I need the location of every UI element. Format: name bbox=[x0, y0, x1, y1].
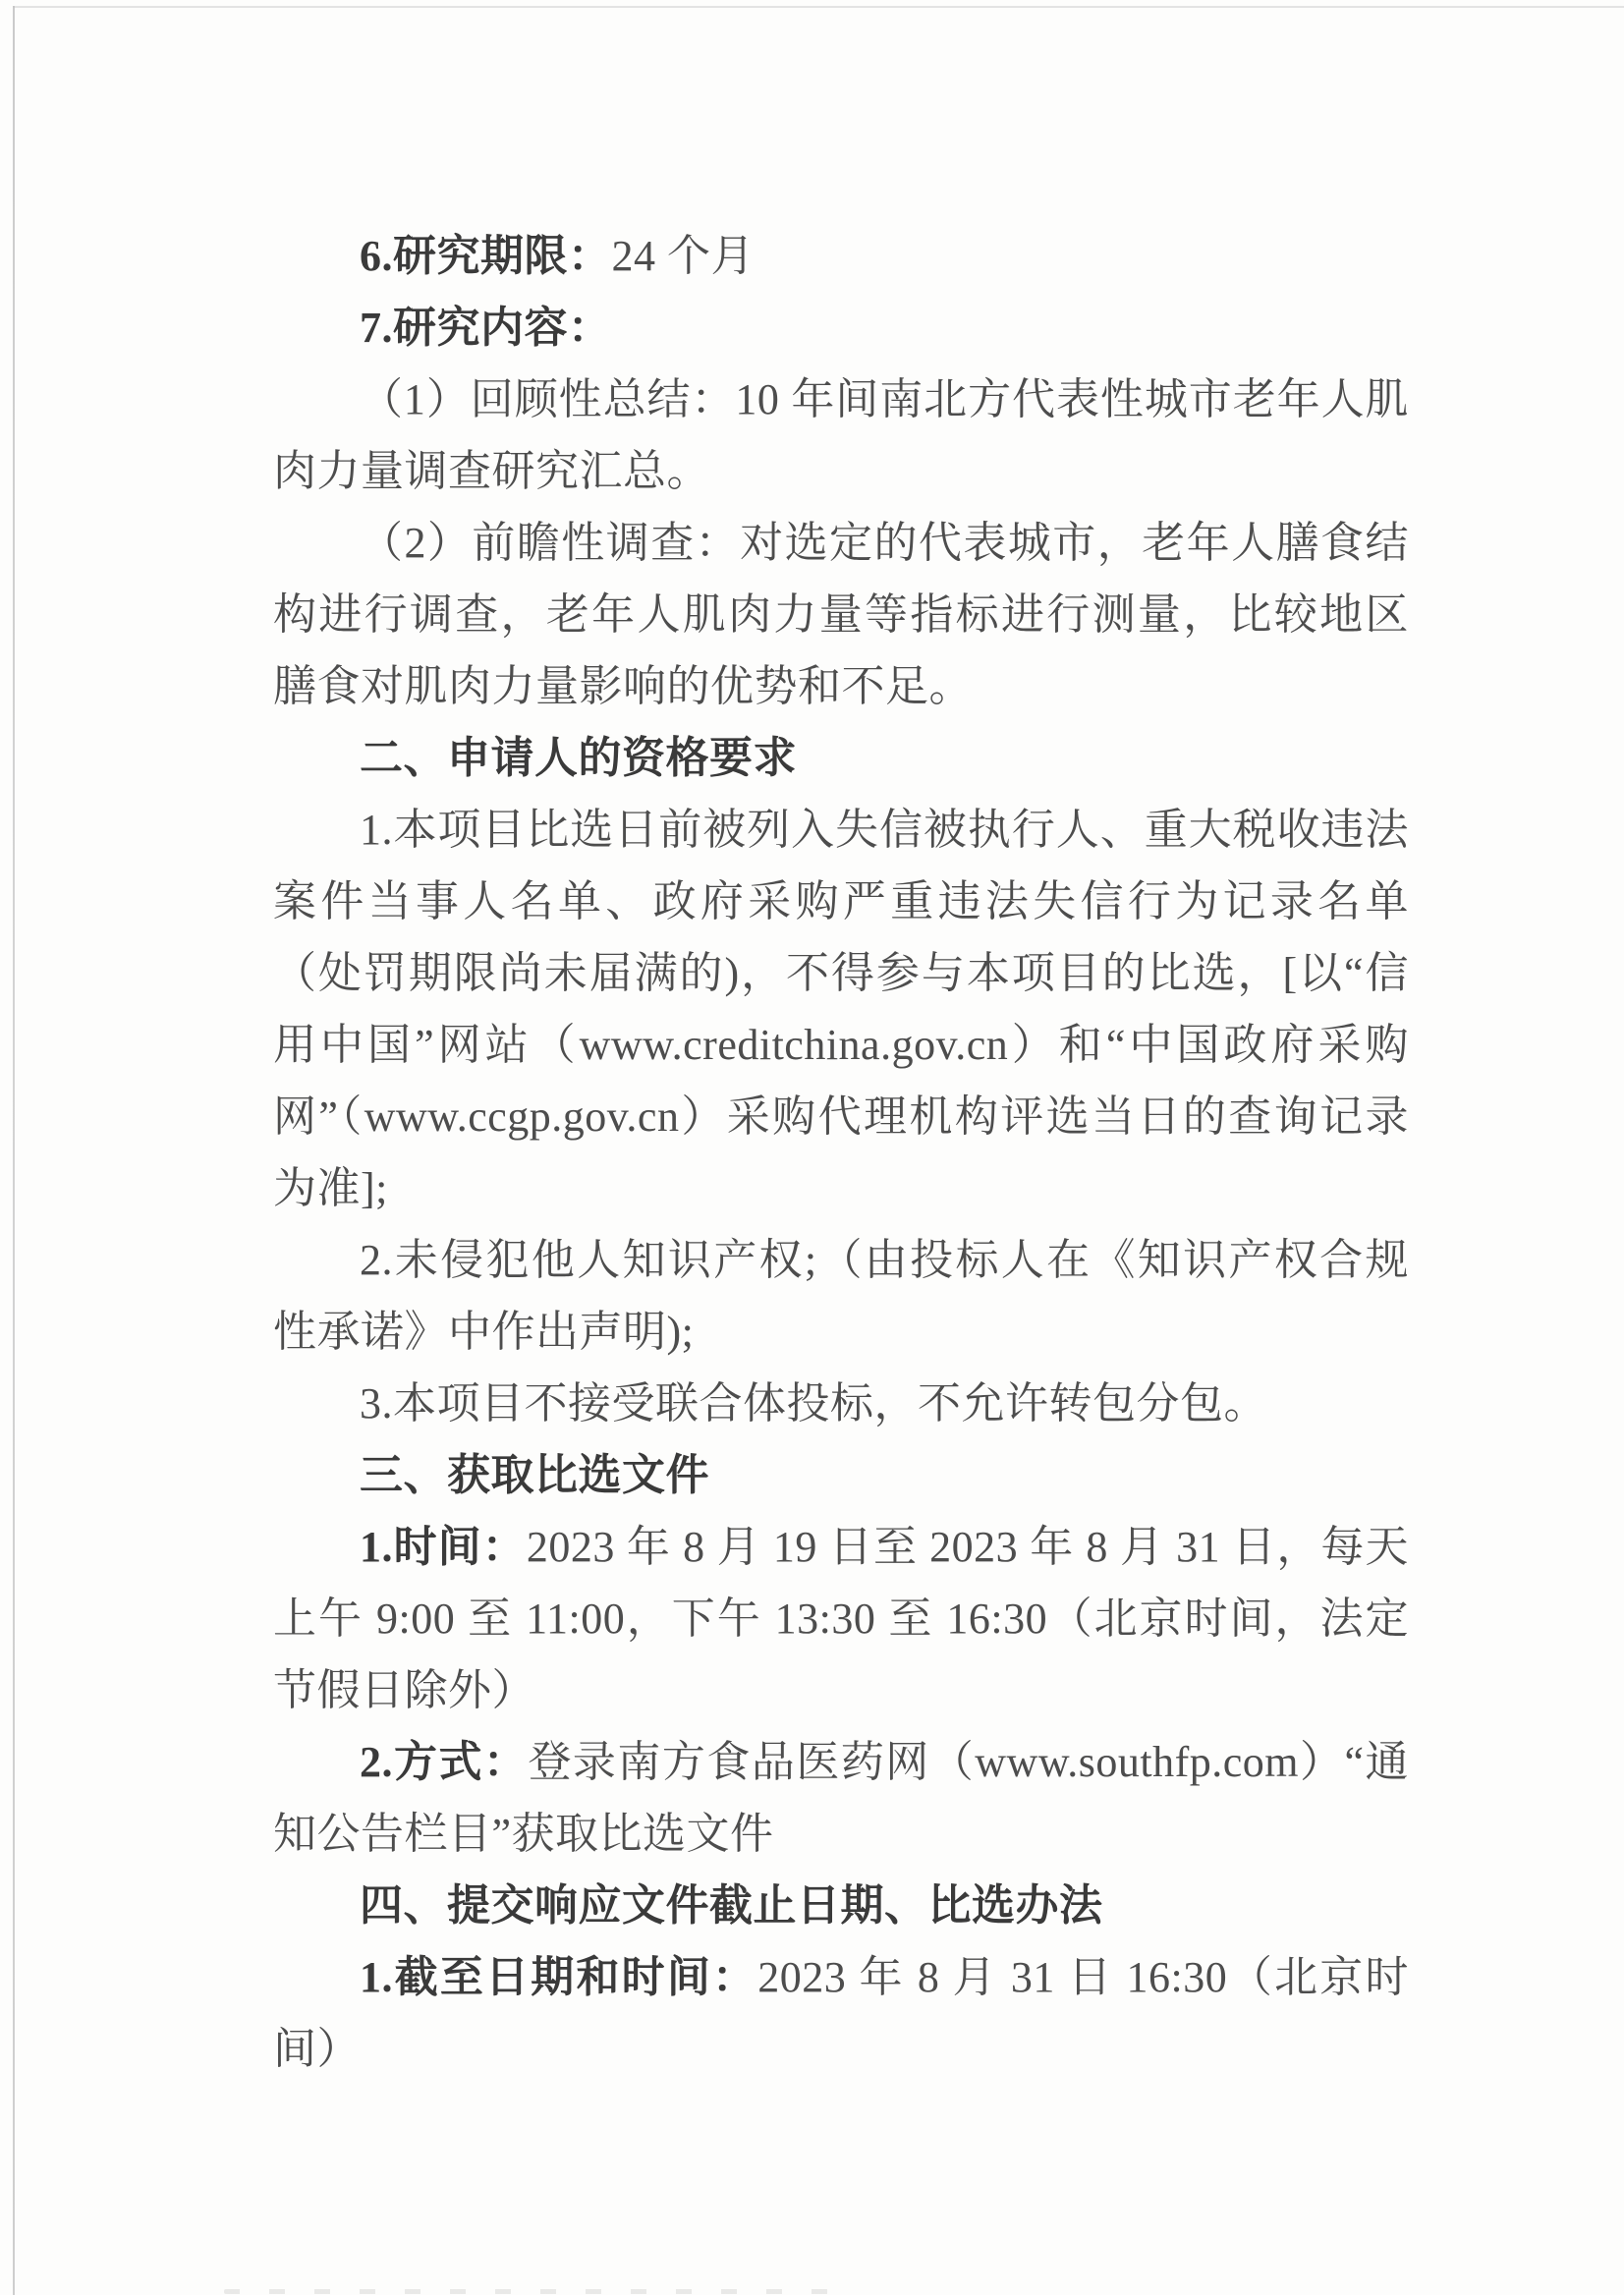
heading-text: 三、获取比选文件 bbox=[360, 1451, 709, 1499]
paragraph: （1）回顾性总结：10 年间南北方代表性城市老年人肌肉力量调查研究汇总。 bbox=[273, 364, 1409, 507]
paragraph-text: （2）前瞻性调查：对选定的代表城市，老年人膳食结构进行调查，老年人肌肉力量等指标… bbox=[273, 519, 1409, 710]
scan-edge-top-line bbox=[13, 6, 1624, 8]
paragraph: 3.本项目不接受联合体投标，不允许转包分包。 bbox=[273, 1368, 1409, 1439]
paragraph: （2）前瞻性调查：对选定的代表城市，老年人膳食结构进行调查，老年人肌肉力量等指标… bbox=[273, 507, 1409, 722]
document-text-block: 6.研究期限：24 个月7.研究内容：（1）回顾性总结：10 年间南北方代表性城… bbox=[273, 220, 1409, 2085]
paragraph: 7.研究内容： bbox=[273, 292, 1409, 364]
paragraph-text: （1）回顾性总结：10 年间南北方代表性城市老年人肌肉力量调查研究汇总。 bbox=[273, 375, 1409, 495]
section-heading: 三、获取比选文件 bbox=[273, 1439, 1409, 1511]
scan-artifact-bottom-marks bbox=[224, 2289, 853, 2294]
section-heading: 四、提交响应文件截止日期、比选办法 bbox=[273, 1870, 1409, 1941]
paragraph: 2.未侵犯他人知识产权;（由投标人在《知识产权合规性承诺》中作出声明); bbox=[273, 1224, 1409, 1368]
paragraph: 1.本项目比选日前被列入失信被执行人、重大税收违法案件当事人名单、政府采购严重违… bbox=[273, 794, 1409, 1224]
paragraph: 2.方式：登录南方食品医药网（www.southfp.com）“通知公告栏目”获… bbox=[273, 1726, 1409, 1870]
paragraph: 1.时间：2023 年 8 月 19 日至 2023 年 8 月 31 日，每天… bbox=[273, 1511, 1409, 1726]
paragraph-label: 1.时间： bbox=[360, 1523, 527, 1571]
paragraph-label: 6.研究期限： bbox=[360, 232, 612, 280]
paragraph-text: 3.本项目不接受联合体投标，不允许转包分包。 bbox=[360, 1379, 1267, 1427]
scan-edge-left-line bbox=[13, 6, 15, 2295]
paragraph: 1.截至日期和时间：2023 年 8 月 31 日 16:30（北京时间） bbox=[273, 1941, 1409, 2085]
paragraph-text: 2.未侵犯他人知识产权;（由投标人在《知识产权合规性承诺》中作出声明); bbox=[273, 1236, 1409, 1356]
heading-text: 四、提交响应文件截止日期、比选办法 bbox=[360, 1881, 1103, 1930]
scanned-document-page: 6.研究期限：24 个月7.研究内容：（1）回顾性总结：10 年间南北方代表性城… bbox=[0, 0, 1624, 2295]
section-heading: 二、申请人的资格要求 bbox=[273, 722, 1409, 794]
paragraph-label: 1.截至日期和时间： bbox=[360, 1953, 757, 2001]
paragraph: 6.研究期限：24 个月 bbox=[273, 220, 1409, 292]
paragraph-label: 2.方式： bbox=[360, 1738, 528, 1786]
heading-text: 二、申请人的资格要求 bbox=[360, 734, 797, 782]
paragraph-text: 24 个月 bbox=[612, 232, 756, 280]
paragraph-text: 1.本项目比选日前被列入失信被执行人、重大税收违法案件当事人名单、政府采购严重违… bbox=[273, 806, 1409, 1212]
paragraph-label: 7.研究内容： bbox=[360, 304, 612, 352]
